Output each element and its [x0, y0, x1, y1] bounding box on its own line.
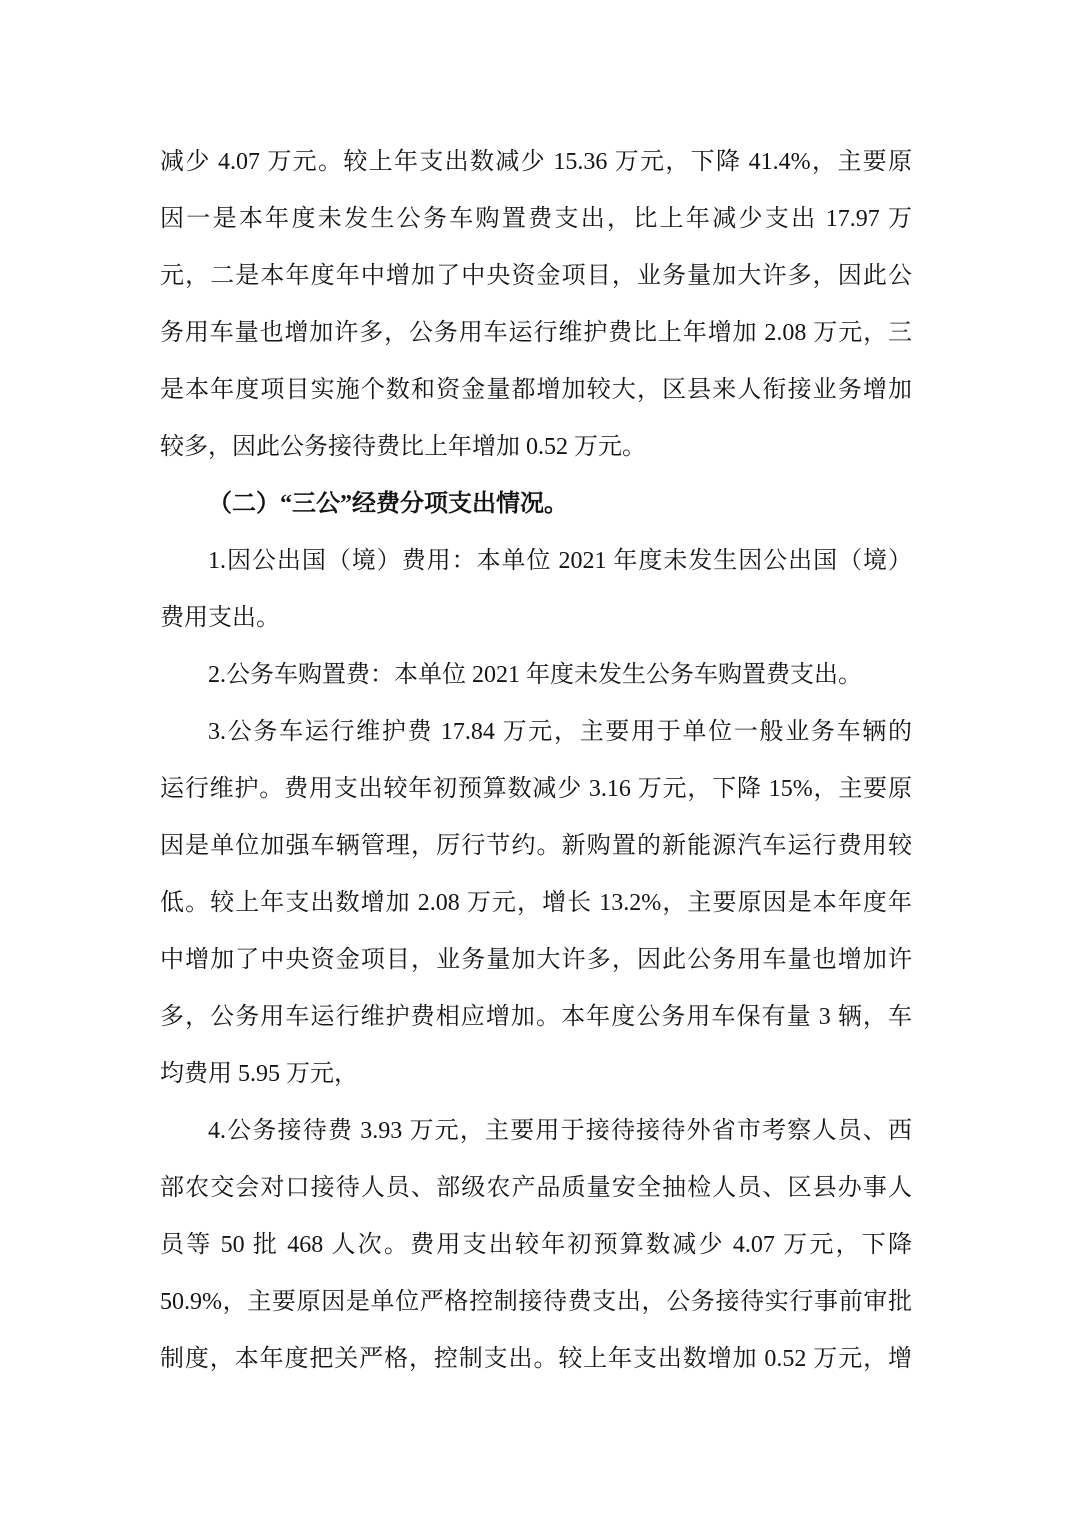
text-line: 减少 4.07 万元。较上年支出数减少 15.36 万元，下降 41.4%，主要… [160, 134, 912, 191]
text-line: 50.9%，主要原因是单位严格控制接待费支出，公务接待实行事前审批 [160, 1274, 912, 1331]
text-line: 务用车量也增加许多，公务用车运行维护费比上年增加 2.08 万元，三 [160, 305, 912, 362]
text-line: 1.因公出国（境）费用：本单位 2021 年度未发生因公出国（境） [160, 533, 912, 590]
text-line: 中增加了中央资金项目，业务量加大许多，因此公务用车量也增加许 [160, 932, 912, 989]
text-line: 部农交会对口接待人员、部级农产品质量安全抽检人员、区县办事人 [160, 1160, 912, 1217]
section-heading-line: （二）“三公”经费分项支出情况。 [160, 476, 912, 533]
text-line: 3.公务车运行维护费 17.84 万元，主要用于单位一般业务车辆的 [160, 704, 912, 761]
text-line: 4.公务接待费 3.93 万元，主要用于接待接待外省市考察人员、西 [160, 1103, 912, 1160]
text-line: 2.公务车购置费：本单位 2021 年度未发生公务车购置费支出。 [160, 647, 912, 704]
text-line: 低。较上年支出数增加 2.08 万元，增长 13.2%，主要原因是本年度年 [160, 875, 912, 932]
text-line: 多，公务用车运行维护费相应增加。本年度公务用车保有量 3 辆，车 [160, 989, 912, 1046]
text-line: 均费用 5.95 万元， [160, 1046, 912, 1103]
text-line: 运行维护。费用支出较年初预算数减少 3.16 万元，下降 15%，主要原 [160, 761, 912, 818]
text-line: 因一是本年度未发生公务车购置费支出，比上年减少支出 17.97 万 [160, 191, 912, 248]
text-line: 费用支出。 [160, 590, 912, 647]
text-line: 元，二是本年度年中增加了中央资金项目，业务量加大许多，因此公 [160, 248, 912, 305]
text-line: 较多，因此公务接待费比上年增加 0.52 万元。 [160, 419, 912, 476]
document-content: 减少 4.07 万元。较上年支出数减少 15.36 万元，下降 41.4%，主要… [160, 134, 912, 1388]
text-line: 是本年度项目实施个数和资金量都增加较大，区县来人衔接业务增加 [160, 362, 912, 419]
document-page: 减少 4.07 万元。较上年支出数减少 15.36 万元，下降 41.4%，主要… [0, 0, 1074, 1520]
text-line: 因是单位加强车辆管理，厉行节约。新购置的新能源汽车运行费用较 [160, 818, 912, 875]
text-line: 制度，本年度把关严格，控制支出。较上年支出数增加 0.52 万元，增 [160, 1331, 912, 1388]
text-line: 员等 50 批 468 人次。费用支出较年初预算数减少 4.07 万元，下降 [160, 1217, 912, 1274]
